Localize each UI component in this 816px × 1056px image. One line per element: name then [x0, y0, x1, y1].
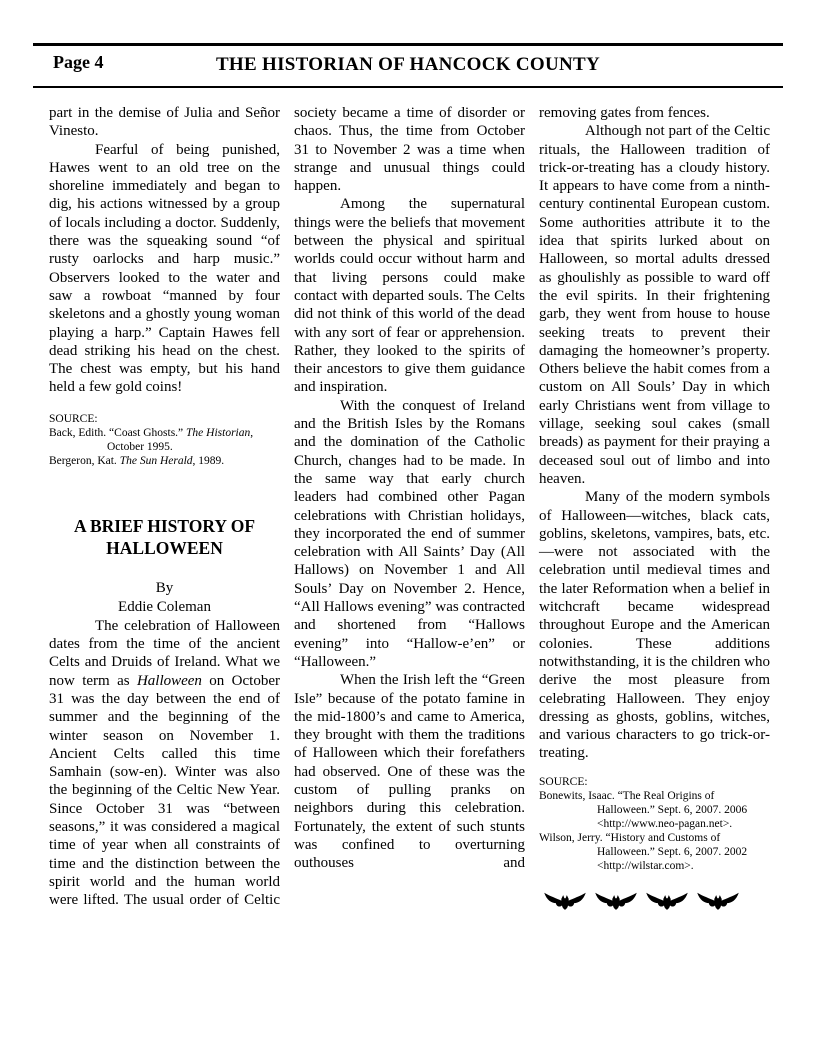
newsletter-page: Page 4 THE HISTORIAN OF HANCOCK COUNTY p… [0, 0, 816, 1056]
byline-by: By [49, 579, 280, 598]
citation-work-title: The Sun Herald [120, 455, 193, 467]
source-citation: Back, Edith. “Coast Ghosts.” The Histori… [49, 426, 280, 454]
source-citation: Bonewits, Isaac. “The Real Origins of Ha… [539, 789, 770, 831]
bat-icon [543, 889, 587, 916]
bat-decoration-row [539, 889, 770, 916]
citation-text: Back, Edith. “Coast Ghosts.” [49, 427, 186, 439]
citation-text: , 1989. [193, 455, 225, 467]
source-label: SOURCE: [49, 412, 280, 426]
paragraph: With the conquest of Ireland and the Bri… [294, 397, 525, 671]
paragraph: Among the supernatural things were the b… [294, 195, 525, 396]
bat-icon [645, 889, 689, 916]
italic-term: Halloween [137, 673, 202, 689]
newsletter-title: THE HISTORIAN OF HANCOCK COUNTY [33, 54, 783, 76]
masthead-rule [33, 86, 783, 88]
paragraph: When the Irish left the “Green Isle” bec… [294, 671, 525, 872]
paragraph: part in the demise of Julia and Señor Vi… [49, 104, 280, 141]
paragraph: The celebration of Halloween dates from … [49, 617, 280, 910]
byline-author: Eddie Coleman [49, 598, 280, 617]
paragraph: society became a time of disorder or cha… [294, 104, 525, 195]
article-columns: part in the demise of Julia and Señor Vi… [49, 104, 771, 916]
source-citation: Wilson, Jerry. “History and Customs of H… [539, 831, 770, 873]
paragraph: Many of the modern symbols of Halloween—… [539, 488, 770, 762]
column-2: society became a time of disorder or cha… [294, 104, 525, 916]
column-3: removing gates from fences. Although not… [539, 104, 770, 916]
source-block-coast-ghosts: SOURCE: Back, Edith. “Coast Ghosts.” The… [49, 412, 280, 468]
paragraph: removing gates from fences. [539, 104, 770, 122]
source-citation: Bergeron, Kat. The Sun Herald, 1989. [49, 454, 280, 468]
citation-work-title: The Historian [186, 427, 250, 439]
masthead: Page 4 THE HISTORIAN OF HANCOCK COUNTY [33, 46, 783, 86]
bat-icon [594, 889, 638, 916]
column-1: part in the demise of Julia and Señor Vi… [49, 104, 280, 916]
source-label: SOURCE: [539, 775, 770, 789]
citation-text: Bergeron, Kat. [49, 455, 120, 467]
byline: By Eddie Coleman [49, 579, 280, 617]
paragraph: Although not part of the Celtic rituals,… [539, 122, 770, 488]
source-block-halloween: SOURCE: Bonewits, Isaac. “The Real Origi… [539, 775, 770, 873]
paragraph-text: on October 31 was the day between the en… [49, 673, 280, 909]
paragraph: Fearful of being punished, Hawes went to… [49, 141, 280, 397]
article-heading: A BRIEF HISTORY OF HALLOWEEN [49, 515, 280, 559]
bat-icon [696, 889, 740, 916]
